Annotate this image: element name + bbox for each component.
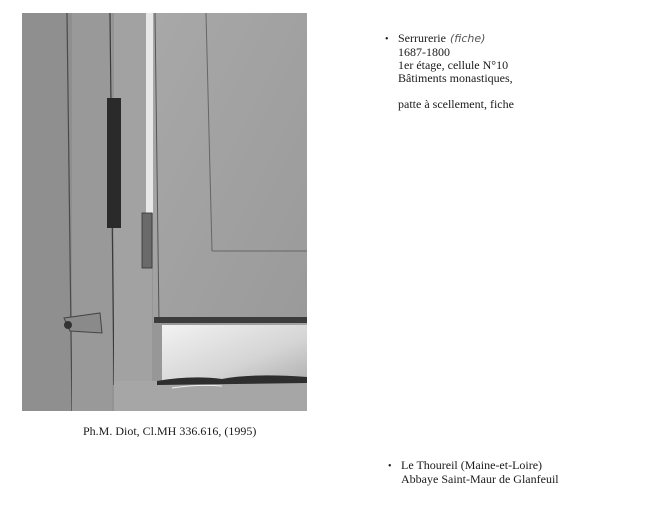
town-name: Le Thoureil (Maine-et-Loire) <box>401 458 542 472</box>
bullet-icon: • <box>385 33 398 46</box>
photograph-door-hinge <box>22 13 307 411</box>
photo-credit: Ph.M. Diot, Cl.MH 336.616, (1995) <box>83 424 256 439</box>
handwritten-note: (fiche) <box>450 32 485 45</box>
object-description: patte à scellement, fiche <box>385 98 514 111</box>
abbey-name: Abbaye Saint-Maur de Glanfeuil <box>388 473 559 486</box>
building-name: Bâtiments monastiques, <box>385 72 514 85</box>
place-info: •Le Thoureil (Maine-et-Loire) Abbaye Sai… <box>388 459 559 486</box>
category-title: Serrurerie <box>398 31 446 45</box>
record-notes: •Serrurerie(fiche) 1687-1800 1er étage, … <box>385 32 514 111</box>
bullet-icon: • <box>388 460 401 473</box>
